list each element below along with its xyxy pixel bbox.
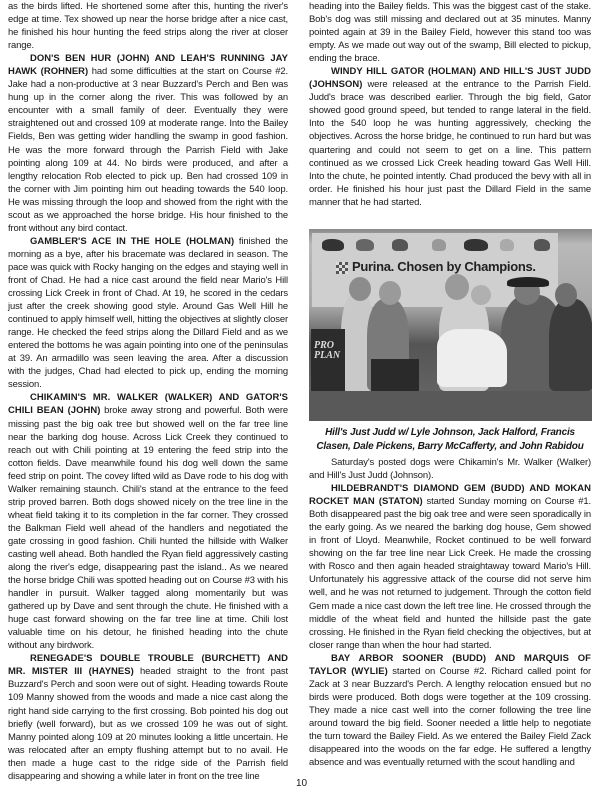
paragraph-posted-dogs: Saturday's posted dogs were Chikamin's M…	[309, 456, 591, 482]
page-number: 10	[296, 779, 307, 787]
paragraph-bay-arbor-sooner: BAY ARBOR SOONER (BUDD) AND MARQUIS OF T…	[309, 652, 591, 769]
paragraph-dons-ben-hur: DON'S BEN HUR (JOHN) AND LEAH'S RUNNING …	[8, 52, 288, 235]
paragraph-windy-hill-gator: WINDY HILL GATOR (HOLMAN) AND HILL'S JUS…	[309, 65, 591, 209]
purina-checkerboard-icon	[336, 262, 348, 274]
paragraph: as the birds lifted. He shortened some a…	[8, 0, 288, 52]
paragraph-renegades-double-trouble: RENEGADE'S DOUBLE TROUBLE (BURCHETT) AND…	[8, 652, 288, 782]
award-photo: Purina. Chosen by Champions. PRO PLAN	[309, 229, 592, 421]
left-column: as the birds lifted. He shortened some a…	[8, 0, 288, 783]
pointer-dog-image	[437, 329, 507, 387]
paragraph-hildebrandts-diamond-gem: HILDEBRANDT'S DIAMOND GEM (BUDD) AND MOK…	[309, 482, 591, 652]
right-column-top: heading into the Bailey fields. This was…	[309, 0, 591, 209]
paragraph: heading into the Bailey fields. This was…	[309, 0, 591, 65]
paragraph-gamblers-ace: GAMBLER'S ACE IN THE HOLE (HOLMAN) finis…	[8, 235, 288, 392]
table	[309, 391, 592, 421]
paragraph-chikamins-mr-walker: CHIKAMIN'S MR. WALKER (WALKER) AND GATOR…	[8, 391, 288, 652]
photo-caption: Hill's Just Judd w/ Lyle Johnson, Jack H…	[309, 426, 591, 454]
banner-text: Purina. Chosen by Champions.	[352, 259, 536, 274]
right-column-bottom: Saturday's posted dogs were Chikamin's M…	[309, 456, 591, 769]
brace-heading: GAMBLER'S ACE IN THE HOLE (HOLMAN)	[30, 236, 234, 247]
